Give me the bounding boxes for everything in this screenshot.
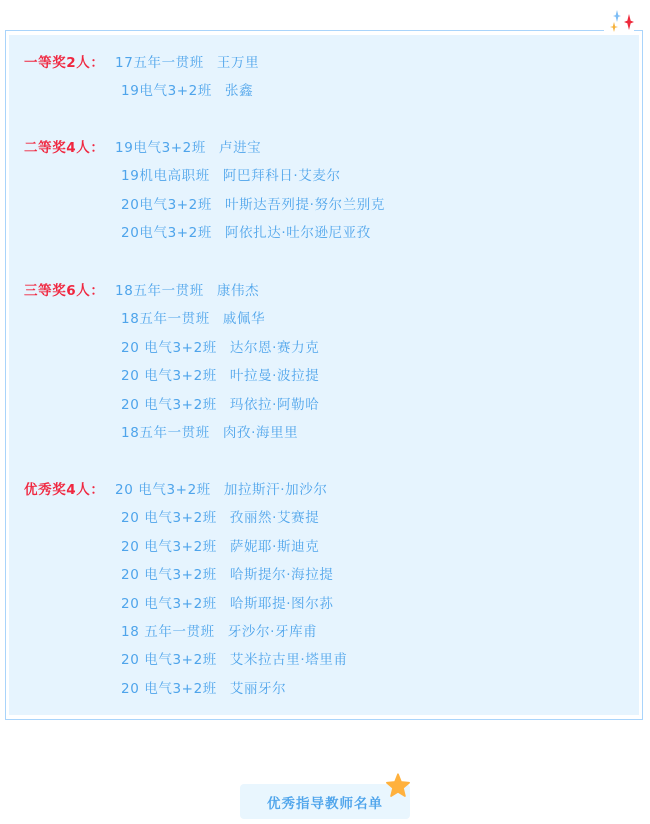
sparkle-orange-icon bbox=[610, 22, 618, 32]
class-name: 20 电气3+2班 bbox=[115, 476, 211, 504]
award-row: 20 电气3+2班 萨妮耶·斯迪克 bbox=[24, 533, 348, 561]
class-name: 19电气3+2班 bbox=[121, 77, 212, 105]
award-third-prize: 三等奖6人： 18五年一贯班 康伟杰 18五年一贯班 戚佩华 20 电气3+2班… bbox=[24, 277, 319, 447]
award-row: 19电气3+2班 张鑫 bbox=[24, 77, 259, 105]
award-row: 20 电气3+2班 哈斯提尔·海拉提 bbox=[24, 561, 348, 589]
award-row: 20 电气3+2班 孜丽然·艾赛提 bbox=[24, 504, 348, 532]
student-name: 叶斯达吾列提·努尔兰别克 bbox=[225, 191, 385, 219]
award-label: 优秀奖4人： bbox=[24, 476, 115, 504]
class-name: 20 电气3+2班 bbox=[121, 533, 217, 561]
award-row: 20 电气3+2班 玛依拉·阿勒哈 bbox=[24, 391, 319, 419]
award-row: 二等奖4人： 19电气3+2班 卢进宝 bbox=[24, 134, 385, 162]
student-name: 阿依扎达·吐尔逊尼亚孜 bbox=[225, 219, 371, 247]
award-row: 20 电气3+2班 叶拉曼·波拉提 bbox=[24, 362, 319, 390]
class-name: 18五年一贯班 bbox=[115, 277, 204, 305]
award-second-prize: 二等奖4人： 19电气3+2班 卢进宝 19机电高职班 阿巴拜科日·艾麦尔 20… bbox=[24, 134, 385, 248]
class-name: 18 五年一贯班 bbox=[121, 618, 215, 646]
student-name: 张鑫 bbox=[225, 77, 253, 105]
class-name: 17五年一贯班 bbox=[115, 49, 204, 77]
award-row: 20 电气3+2班 哈斯耶提·图尔荪 bbox=[24, 590, 348, 618]
class-name: 18五年一贯班 bbox=[121, 419, 210, 447]
class-name: 19电气3+2班 bbox=[115, 134, 206, 162]
class-name: 20 电气3+2班 bbox=[121, 561, 217, 589]
student-name: 康伟杰 bbox=[217, 277, 259, 305]
award-row: 18 五年一贯班 牙沙尔·牙库甫 bbox=[24, 618, 348, 646]
award-row: 20 电气3+2班 艾丽牙尔 bbox=[24, 675, 348, 703]
section-title: 优秀指导教师名单 bbox=[267, 792, 383, 812]
student-name: 王万里 bbox=[217, 49, 259, 77]
award-row: 20电气3+2班 叶斯达吾列提·努尔兰别克 bbox=[24, 191, 385, 219]
award-row: 19机电高职班 阿巴拜科日·艾麦尔 bbox=[24, 162, 385, 190]
sparkle-blue-icon bbox=[613, 10, 621, 22]
student-name: 哈斯耶提·图尔荪 bbox=[230, 590, 334, 618]
student-name: 哈斯提尔·海拉提 bbox=[230, 561, 334, 589]
award-merit-prize: 优秀奖4人： 20 电气3+2班 加拉斯汗·加沙尔 20 电气3+2班 孜丽然·… bbox=[24, 476, 348, 703]
award-row: 18五年一贯班 戚佩华 bbox=[24, 305, 319, 333]
class-name: 20 电气3+2班 bbox=[121, 590, 217, 618]
class-name: 20 电气3+2班 bbox=[121, 675, 217, 703]
award-row: 20电气3+2班 阿依扎达·吐尔逊尼亚孜 bbox=[24, 219, 385, 247]
class-name: 20 电气3+2班 bbox=[121, 646, 217, 674]
student-name: 牙沙尔·牙库甫 bbox=[228, 618, 318, 646]
student-name: 玛依拉·阿勒哈 bbox=[230, 391, 320, 419]
class-name: 20 电气3+2班 bbox=[121, 362, 217, 390]
award-row: 一等奖2人： 17五年一贯班 王万里 bbox=[24, 49, 259, 77]
student-name: 加拉斯汗·加沙尔 bbox=[224, 476, 328, 504]
student-name: 阿巴拜科日·艾麦尔 bbox=[223, 162, 341, 190]
award-label: 二等奖4人： bbox=[24, 134, 115, 162]
student-name: 孜丽然·艾赛提 bbox=[230, 504, 320, 532]
class-name: 18五年一贯班 bbox=[121, 305, 210, 333]
class-name: 20电气3+2班 bbox=[121, 219, 212, 247]
award-label: 三等奖6人： bbox=[24, 277, 115, 305]
sparkle-red-icon bbox=[624, 14, 634, 30]
award-row: 18五年一贯班 肉孜·海里里 bbox=[24, 419, 319, 447]
award-row: 20 电气3+2班 艾米拉古里·塔里甫 bbox=[24, 646, 348, 674]
award-row: 优秀奖4人： 20 电气3+2班 加拉斯汗·加沙尔 bbox=[24, 476, 348, 504]
class-name: 20 电气3+2班 bbox=[121, 334, 217, 362]
class-name: 20 电气3+2班 bbox=[121, 504, 217, 532]
student-name: 叶拉曼·波拉提 bbox=[230, 362, 320, 390]
class-name: 20电气3+2班 bbox=[121, 191, 212, 219]
award-row: 20 电气3+2班 达尔恩·赛力克 bbox=[24, 334, 319, 362]
class-name: 19机电高职班 bbox=[121, 162, 210, 190]
award-first-prize: 一等奖2人： 17五年一贯班 王万里 19电气3+2班 张鑫 bbox=[24, 49, 259, 106]
star-icon bbox=[384, 772, 412, 804]
class-name: 20 电气3+2班 bbox=[121, 391, 217, 419]
student-name: 戚佩华 bbox=[223, 305, 265, 333]
student-name: 艾丽牙尔 bbox=[230, 675, 286, 703]
student-name: 艾米拉古里·塔里甫 bbox=[230, 646, 348, 674]
award-row: 三等奖6人： 18五年一贯班 康伟杰 bbox=[24, 277, 319, 305]
student-name: 卢进宝 bbox=[219, 134, 261, 162]
student-name: 萨妮耶·斯迪克 bbox=[230, 533, 320, 561]
student-name: 达尔恩·赛力克 bbox=[230, 334, 320, 362]
award-label: 一等奖2人： bbox=[24, 49, 115, 77]
student-name: 肉孜·海里里 bbox=[223, 419, 298, 447]
